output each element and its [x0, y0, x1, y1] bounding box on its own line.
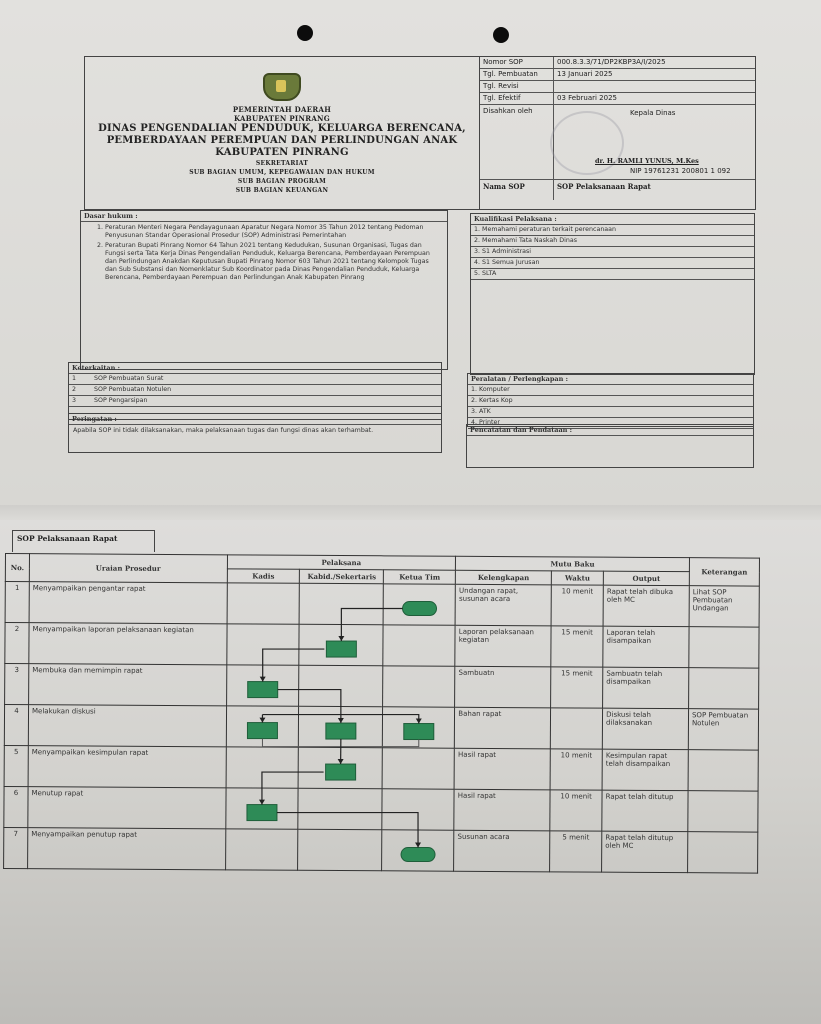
header-keterangan: Keterangan: [689, 558, 759, 586]
cell-keterangan: [688, 791, 758, 832]
table-row: 5Menyampaikan kesimpulan rapatHasil rapa…: [4, 745, 758, 791]
cell-keterangan: [688, 832, 758, 873]
cell-no: 6: [4, 786, 28, 827]
cell-kelengkapan: Hasil rapat: [454, 748, 550, 790]
cell-output: Diskusi telah dilaksanakan: [602, 708, 688, 750]
table-row: 2Menyampaikan laporan pelaksanaan kegiat…: [5, 623, 759, 669]
cell-kabid: [299, 747, 383, 789]
cell-waktu: 10 menit: [551, 585, 603, 626]
header-mutu-baku: Mutu Baku: [456, 556, 690, 571]
pembuatan-label: Tgl. Pembuatan: [480, 69, 554, 80]
cell-no: 7: [4, 827, 28, 868]
peralatan-item: 2. Kertas Kop: [468, 396, 753, 407]
cell-kelengkapan: Laporan pelaksanaan kegiatan: [455, 625, 551, 667]
cell-uraian: Melakukan diskusi: [28, 705, 226, 747]
cell-uraian: Membuka dan memimpin rapat: [29, 664, 227, 706]
cell-output: Rapat telah ditutup oleh MC: [602, 831, 688, 873]
cell-output: Rapat telah dibuka oleh MC: [603, 585, 689, 627]
table-row: 3Membuka dan memimpin rapatSambuatn15 me…: [5, 664, 759, 710]
header-waktu: Waktu: [551, 571, 603, 585]
cell-kadis: [226, 747, 299, 788]
header-kabid: Kabid./Sekertaris: [300, 569, 384, 584]
peralatan-title: Peralatan / Perlengkapan :: [468, 374, 753, 385]
cell-uraian: Menyampaikan penutup rapat: [28, 828, 226, 870]
keterkaitan-box: Keterkaitan : 1SOP Pembuatan Surat2SOP P…: [68, 362, 442, 420]
kualifikasi-item: 1. Memahami peraturan terkait perencanaa…: [471, 225, 754, 236]
cell-output: Laporan telah disampaikan: [603, 626, 689, 668]
regency-emblem-icon: [263, 73, 301, 101]
table-row: 4Melakukan diskusiBahan rapatDiskusi tel…: [4, 705, 758, 751]
cell-no: 5: [4, 745, 28, 786]
cell-waktu: 10 menit: [550, 790, 602, 831]
cell-no: 4: [4, 705, 28, 746]
cell-keterangan: SOP Pembuatan Notulen: [688, 709, 758, 750]
table-row: 1Menyampaikan pengantar rapatUndangan ra…: [5, 582, 759, 628]
sop-table-title: SOP Pelaksanaan Rapat: [12, 530, 155, 552]
page-1: PEMERINTAH DAERAH KABUPATEN PINRANG DINA…: [0, 0, 821, 505]
peringatan-box: Peringatan : Apabila SOP ini tidak dilak…: [68, 413, 442, 453]
cell-kadis: [225, 829, 298, 870]
cell-kadis: [226, 624, 299, 665]
header-uraian: Uraian Prosedur: [29, 554, 227, 583]
cell-uraian: Menyampaikan pengantar rapat: [29, 582, 227, 624]
keterkaitan-item: 1SOP Pembuatan Surat: [69, 374, 441, 385]
header-pelaksana: Pelaksana: [227, 555, 456, 570]
punch-hole: [297, 25, 313, 41]
header-output: Output: [603, 571, 689, 586]
peringatan-title: Peringatan :: [69, 414, 441, 425]
keterkaitan-title: Keterkaitan :: [69, 363, 441, 374]
cell-kelengkapan: Susunan acara: [454, 830, 550, 872]
kualifikasi-item: 4. S1 Semua Jurusan: [471, 258, 754, 269]
approval-block: Disahkan oleh Kepala Dinas dr. H. RAMLI …: [480, 105, 755, 180]
cell-keterangan: Lihat SOP Pembuatan Undangan: [689, 586, 759, 627]
cell-output: Rapat telah ditutup: [602, 790, 688, 832]
cell-output: Sambuatn telah disampaikan: [603, 667, 689, 709]
cell-ketua: [382, 830, 454, 871]
cell-no: 1: [5, 582, 29, 623]
kualifikasi-item: 2. Memahami Tata Naskah Dinas: [471, 236, 754, 247]
gov-line: PEMERINTAH DAERAH: [85, 105, 479, 114]
dasar-hukum-item: Peraturan Bupati Pinrang Nomor 64 Tahun …: [105, 242, 441, 282]
sop-procedure-table: No. Uraian Prosedur Pelaksana Mutu Baku …: [3, 553, 760, 874]
agency-name: DINAS PENGENDALIAN PENDUDUK, KELUARGA BE…: [85, 123, 479, 135]
cell-kelengkapan: Bahan rapat: [455, 707, 551, 749]
kualifikasi-box: Kualifikasi Pelaksana : 1. Memahami pera…: [470, 213, 755, 375]
cell-kabid: [299, 706, 383, 748]
kualifikasi-item: 5. SLTA: [471, 269, 754, 280]
table-row: 6Menutup rapatHasil rapat10 menitRapat t…: [4, 786, 758, 832]
unit-line: SUB BAGIAN KEUANGAN: [85, 186, 479, 195]
peralatan-list: 1. Komputer2. Kertas Kop3. ATK4. Printer: [468, 385, 753, 429]
header-ketua-tim: Ketua Tim: [384, 570, 456, 584]
official-stamp-icon: [550, 111, 624, 175]
cell-kadis: [225, 788, 298, 829]
cell-kabid: [300, 583, 384, 625]
dasar-hukum-item: Peraturan Menteri Negara Pendayagunaan A…: [105, 224, 441, 240]
pembuatan-value: 13 Januari 2025: [554, 69, 613, 80]
cell-kelengkapan: Hasil rapat: [454, 789, 550, 831]
peralatan-box: Peralatan / Perlengkapan : 1. Komputer2.…: [467, 373, 754, 427]
disahkan-label: Disahkan oleh: [480, 105, 554, 179]
kualifikasi-title: Kualifikasi Pelaksana :: [471, 214, 754, 225]
cell-kadis: [227, 583, 300, 624]
efektif-value: 03 Februari 2025: [554, 93, 617, 104]
nomor-value: 000.8.3.3/71/DP2KBP3A/I/2025: [554, 57, 666, 68]
nama-value: SOP Pelaksanaan Rapat: [554, 180, 651, 200]
cell-no: 3: [5, 664, 29, 705]
cell-uraian: Menyampaikan kesimpulan rapat: [28, 746, 226, 788]
revisi-value: [554, 81, 557, 92]
sop-header: PEMERINTAH DAERAH KABUPATEN PINRANG DINA…: [84, 56, 756, 210]
cell-kabid: [299, 665, 383, 707]
kualifikasi-list: 1. Memahami peraturan terkait perencanaa…: [471, 225, 754, 280]
letterhead: PEMERINTAH DAERAH KABUPATEN PINRANG DINA…: [85, 57, 480, 209]
cell-uraian: Menyampaikan laporan pelaksanaan kegiata…: [29, 623, 227, 665]
cell-waktu: 10 menit: [550, 749, 602, 790]
cell-ketua: [383, 707, 455, 748]
agency-name: PEMBERDAYAAN PEREMPUAN DAN PERLINDUNGAN …: [85, 135, 479, 147]
cell-output: Kesimpulan rapat telah disampaikan: [602, 749, 688, 791]
cell-ketua: [382, 748, 454, 789]
agency-name: KABUPATEN PINRANG: [85, 147, 479, 159]
cell-keterangan: [688, 750, 758, 791]
efektif-label: Tgl. Efektif: [480, 93, 554, 104]
sop-meta: Nomor SOP000.8.3.3/71/DP2KBP3A/I/2025 Tg…: [480, 57, 755, 209]
cell-ketua: [383, 625, 455, 666]
cell-keterangan: [689, 627, 759, 668]
peralatan-item: 3. ATK: [468, 407, 753, 418]
gov-line: KABUPATEN PINRANG: [85, 114, 479, 123]
dasar-hukum-list: Peraturan Menteri Negara Pendayagunaan A…: [81, 222, 447, 282]
unit-line: SEKRETARIAT: [85, 159, 479, 168]
kepala-label: Kepala Dinas: [630, 109, 675, 117]
cell-kabid: [298, 829, 382, 871]
cell-kabid: [298, 788, 382, 830]
unit-line: SUB BAGIAN PROGRAM: [85, 177, 479, 186]
cell-kabid: [299, 624, 383, 666]
cell-kelengkapan: Sambuatn: [455, 666, 551, 708]
keterkaitan-list: 1SOP Pembuatan Surat2SOP Pembuatan Notul…: [69, 374, 441, 407]
cell-kelengkapan: Undangan rapat, susunan acara: [455, 584, 551, 626]
peralatan-item: 1. Komputer: [468, 385, 753, 396]
cell-waktu: [550, 708, 602, 749]
header-kadis: Kadis: [227, 569, 300, 583]
header-kelengkapan: Kelengkapan: [456, 570, 552, 585]
kualifikasi-item: 3. S1 Administrasi: [471, 247, 754, 258]
header-no: No.: [5, 554, 29, 582]
cell-kadis: [226, 665, 299, 706]
cell-ketua: [383, 584, 455, 625]
peringatan-text: Apabila SOP ini tidak dilaksanakan, maka…: [73, 427, 437, 435]
nama-label: Nama SOP: [480, 180, 554, 200]
cell-uraian: Menutup rapat: [28, 787, 226, 829]
cell-kadis: [226, 706, 299, 747]
signer-name: dr. H. RAMLI YUNUS, M.Kes: [595, 157, 699, 165]
cell-ketua: [383, 666, 455, 707]
cell-keterangan: [689, 668, 759, 709]
revisi-label: Tgl. Revisi: [480, 81, 554, 92]
punch-hole: [493, 27, 509, 43]
cell-ketua: [382, 789, 454, 830]
cell-no: 2: [5, 623, 29, 664]
signer-nip: NIP 19761231 200801 1 092: [630, 167, 731, 175]
cell-waktu: 15 menit: [551, 667, 603, 708]
keterkaitan-item: 3SOP Pengarsipan: [69, 396, 441, 407]
table-row: 7Menyampaikan penutup rapatSusunan acara…: [4, 827, 758, 873]
cell-waktu: 5 menit: [550, 831, 602, 872]
pencatatan-box: Pencatatan dan Pendataan :: [466, 424, 754, 468]
pencatatan-title: Pencatatan dan Pendataan :: [467, 425, 753, 436]
unit-line: SUB BAGIAN UMUM, KEPEGAWAIAN DAN HUKUM: [85, 168, 479, 177]
nomor-label: Nomor SOP: [480, 57, 554, 68]
dasar-hukum-box: Dasar hukum : Peraturan Menteri Negara P…: [80, 210, 448, 370]
keterkaitan-item: 2SOP Pembuatan Notulen: [69, 385, 441, 396]
dasar-hukum-title: Dasar hukum :: [81, 211, 447, 222]
cell-waktu: 15 menit: [551, 626, 603, 667]
